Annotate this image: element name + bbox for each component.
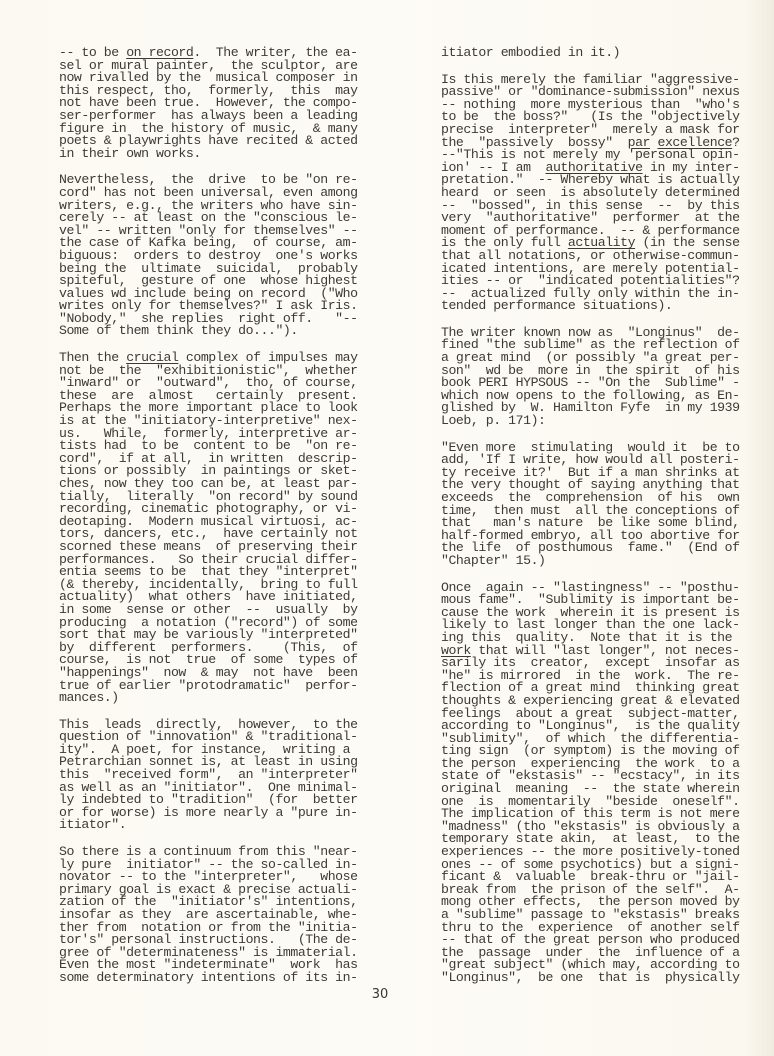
text-line: "Chapter" 15.) — [441, 555, 771, 568]
text-line: in their own works. — [59, 148, 389, 161]
right-column: itiator embodied in it.)Is this merely t… — [441, 47, 771, 999]
paragraph: This leads directly, however, to theques… — [59, 719, 389, 832]
paragraph: Then the crucial complex of impulses may… — [59, 352, 389, 705]
text-line: mances.) — [59, 692, 389, 705]
paragraph: -- to be on record. The writer, the ea-s… — [59, 47, 389, 160]
left-column: -- to be on record. The writer, the ea-s… — [59, 47, 389, 999]
paragraph: Nevertheless, the drive to be "on re-cor… — [59, 174, 389, 338]
text-line: some determinatory intentions of its in- — [59, 972, 389, 985]
text-line: "Longinus", be one that is physically — [441, 972, 771, 985]
document-page: -- to be on record. The writer, the ea-s… — [0, 0, 774, 1056]
page-number: 30 — [360, 987, 400, 1002]
text-line: itiator". — [59, 819, 389, 832]
text-line: itiator embodied in it.) — [441, 47, 771, 60]
paragraph: Once again -- "lastingness" -- "posthu-m… — [441, 582, 771, 985]
paragraph: The writer known now as "Longinus" de-fi… — [441, 327, 771, 428]
paragraph: So there is a continuum from this "near-… — [59, 846, 389, 985]
text-line: tended performance situations). — [441, 300, 771, 313]
text-line: Loeb, p. 171): — [441, 415, 771, 428]
text-line: Some of them think they do..."). — [59, 325, 389, 338]
paragraph: "Even more stimulating would it be toadd… — [441, 442, 771, 568]
paragraph: itiator embodied in it.) — [441, 47, 771, 60]
paragraph: Is this merely the familiar "aggressive-… — [441, 74, 771, 313]
